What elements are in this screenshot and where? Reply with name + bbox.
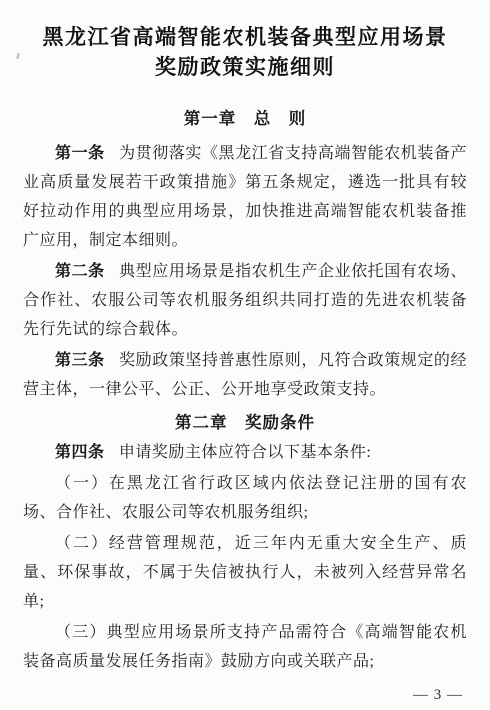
article-3-number: 第三条 (55, 352, 105, 369)
document-body: 第一章 总 则 第一条为贯彻落实《黑龙江省支持高端智能农机装备产业高质量发展若干… (0, 105, 490, 676)
chapter-2-heading: 第二章 奖励条件 (23, 409, 467, 433)
condition-item-3: （三）典型应用场景所支持产品需符合《高端智能农机装备高质量发展任务指南》鼓励方向… (23, 618, 467, 676)
page-number: — 3 — (0, 687, 490, 704)
article-1: 第一条为贯彻落实《黑龙江省支持高端智能农机装备产业高质量发展若干政策措施》第五条… (23, 139, 467, 255)
article-4-text: 申请奖励主体应符合以下基本条件: (119, 444, 371, 461)
article-3: 第三条奖励政策坚持普惠性原则，凡符合政策规定的经营主体，一律公平、公正、公开地享… (23, 346, 467, 404)
article-2: 第二条典型应用场景是指农机生产企业依托国有农场、合作社、农服公司等农机服务组织共… (23, 257, 467, 344)
condition-item-1: （一）在黑龙江省行政区域内依法登记注册的国有农场、合作社、农服公司等农机服务组织… (23, 469, 467, 527)
document-title-line1: 黑龙江省高端智能农机装备典型应用场景 (43, 25, 448, 49)
document-title: 黑龙江省高端智能农机装备典型应用场景 奖励政策实施细则 (10, 22, 480, 82)
document-title-line2: 奖励政策实施细则 (155, 55, 335, 79)
article-2-number: 第二条 (55, 263, 105, 280)
document-page: 黑龙江省高端智能农机装备典型应用场景 奖励政策实施细则 第一章 总 则 第一条为… (0, 0, 490, 710)
article-4: 第四条申请奖励主体应符合以下基本条件: (23, 438, 467, 467)
article-4-number: 第四条 (55, 444, 105, 461)
article-1-number: 第一条 (55, 145, 105, 162)
condition-item-2: （二）经营管理规范，近三年内无重大安全生产、质量、环保事故，不属于失信被执行人，… (23, 529, 467, 616)
chapter-1-heading: 第一章 总 则 (23, 105, 467, 129)
